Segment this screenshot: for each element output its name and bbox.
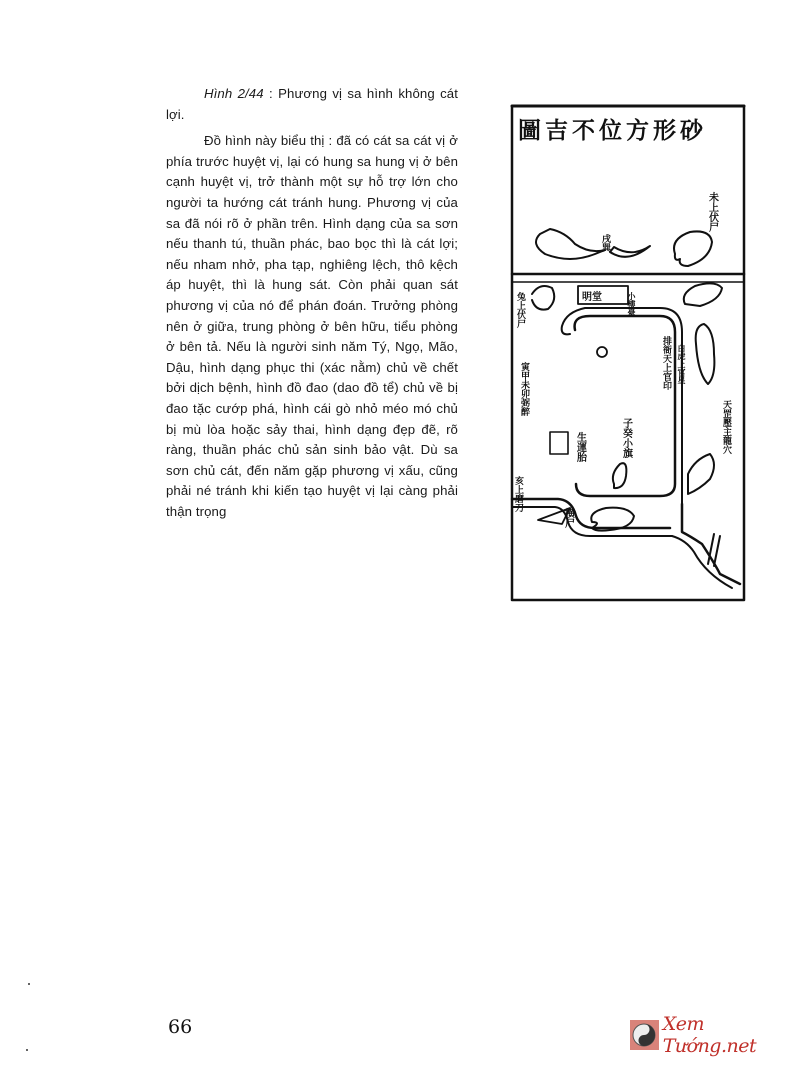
- svg-text:子癸小旗: 子癸小旗: [621, 418, 633, 459]
- yin-yang-icon: [630, 1020, 659, 1050]
- label-wei-shang-fu-shi: 未上伏尸: [707, 191, 719, 233]
- figure-reference: Hình 2/44: [204, 86, 264, 101]
- feng-shui-diagram: 圖吉不位方形砂 未上伏尸 戌巽 兔上伏尸 寅甲未卯弼醉 明堂 小樓臺 排衙天上官…: [510, 104, 748, 602]
- book-page: Hình 2/44 : Phương vị sa hình không cát …: [0, 0, 797, 1067]
- figure-caption: Hình 2/44 : Phương vị sa hình không cát …: [166, 84, 458, 125]
- scan-speck: [26, 1049, 28, 1051]
- body-paragraph: Đồ hình này biểu thị : đã có cát sa cát …: [166, 131, 458, 522]
- site-watermark: Xem Tướng.net: [630, 1013, 797, 1057]
- svg-text:小樓臺: 小樓臺: [626, 291, 637, 317]
- svg-text:生運胎: 生運胎: [575, 431, 588, 463]
- svg-text:天罡壓主龍穴: 天罡壓主龍穴: [721, 400, 732, 455]
- page-number: 66: [168, 1016, 192, 1038]
- diagram-illustration: 圖吉不位方形砂 未上伏尸 戌巽 兔上伏尸 寅甲未卯弼醉 明堂 小樓臺 排衙天上官…: [510, 104, 748, 602]
- caption-separator: :: [264, 86, 278, 101]
- svg-text:兔上伏尸: 兔上伏尸: [515, 291, 526, 329]
- svg-text:排衙天上官印: 排衙天上官印: [661, 335, 673, 391]
- svg-text:戌巽: 戌巽: [600, 233, 611, 253]
- diagram-title: 圖吉不位方形砂: [518, 117, 707, 144]
- svg-text:白虎上官星: 白虎上官星: [677, 343, 687, 385]
- svg-text:亥上磨刀: 亥上磨刀: [513, 475, 524, 513]
- watermark-text: Xem Tướng.net: [663, 1013, 797, 1057]
- scan-speck: [28, 983, 30, 985]
- svg-text:明堂: 明堂: [582, 290, 602, 303]
- text-column: Hình 2/44 : Phương vị sa hình không cát …: [166, 84, 458, 522]
- svg-text:寅甲未卯弼醉: 寅甲未卯弼醉: [519, 361, 531, 417]
